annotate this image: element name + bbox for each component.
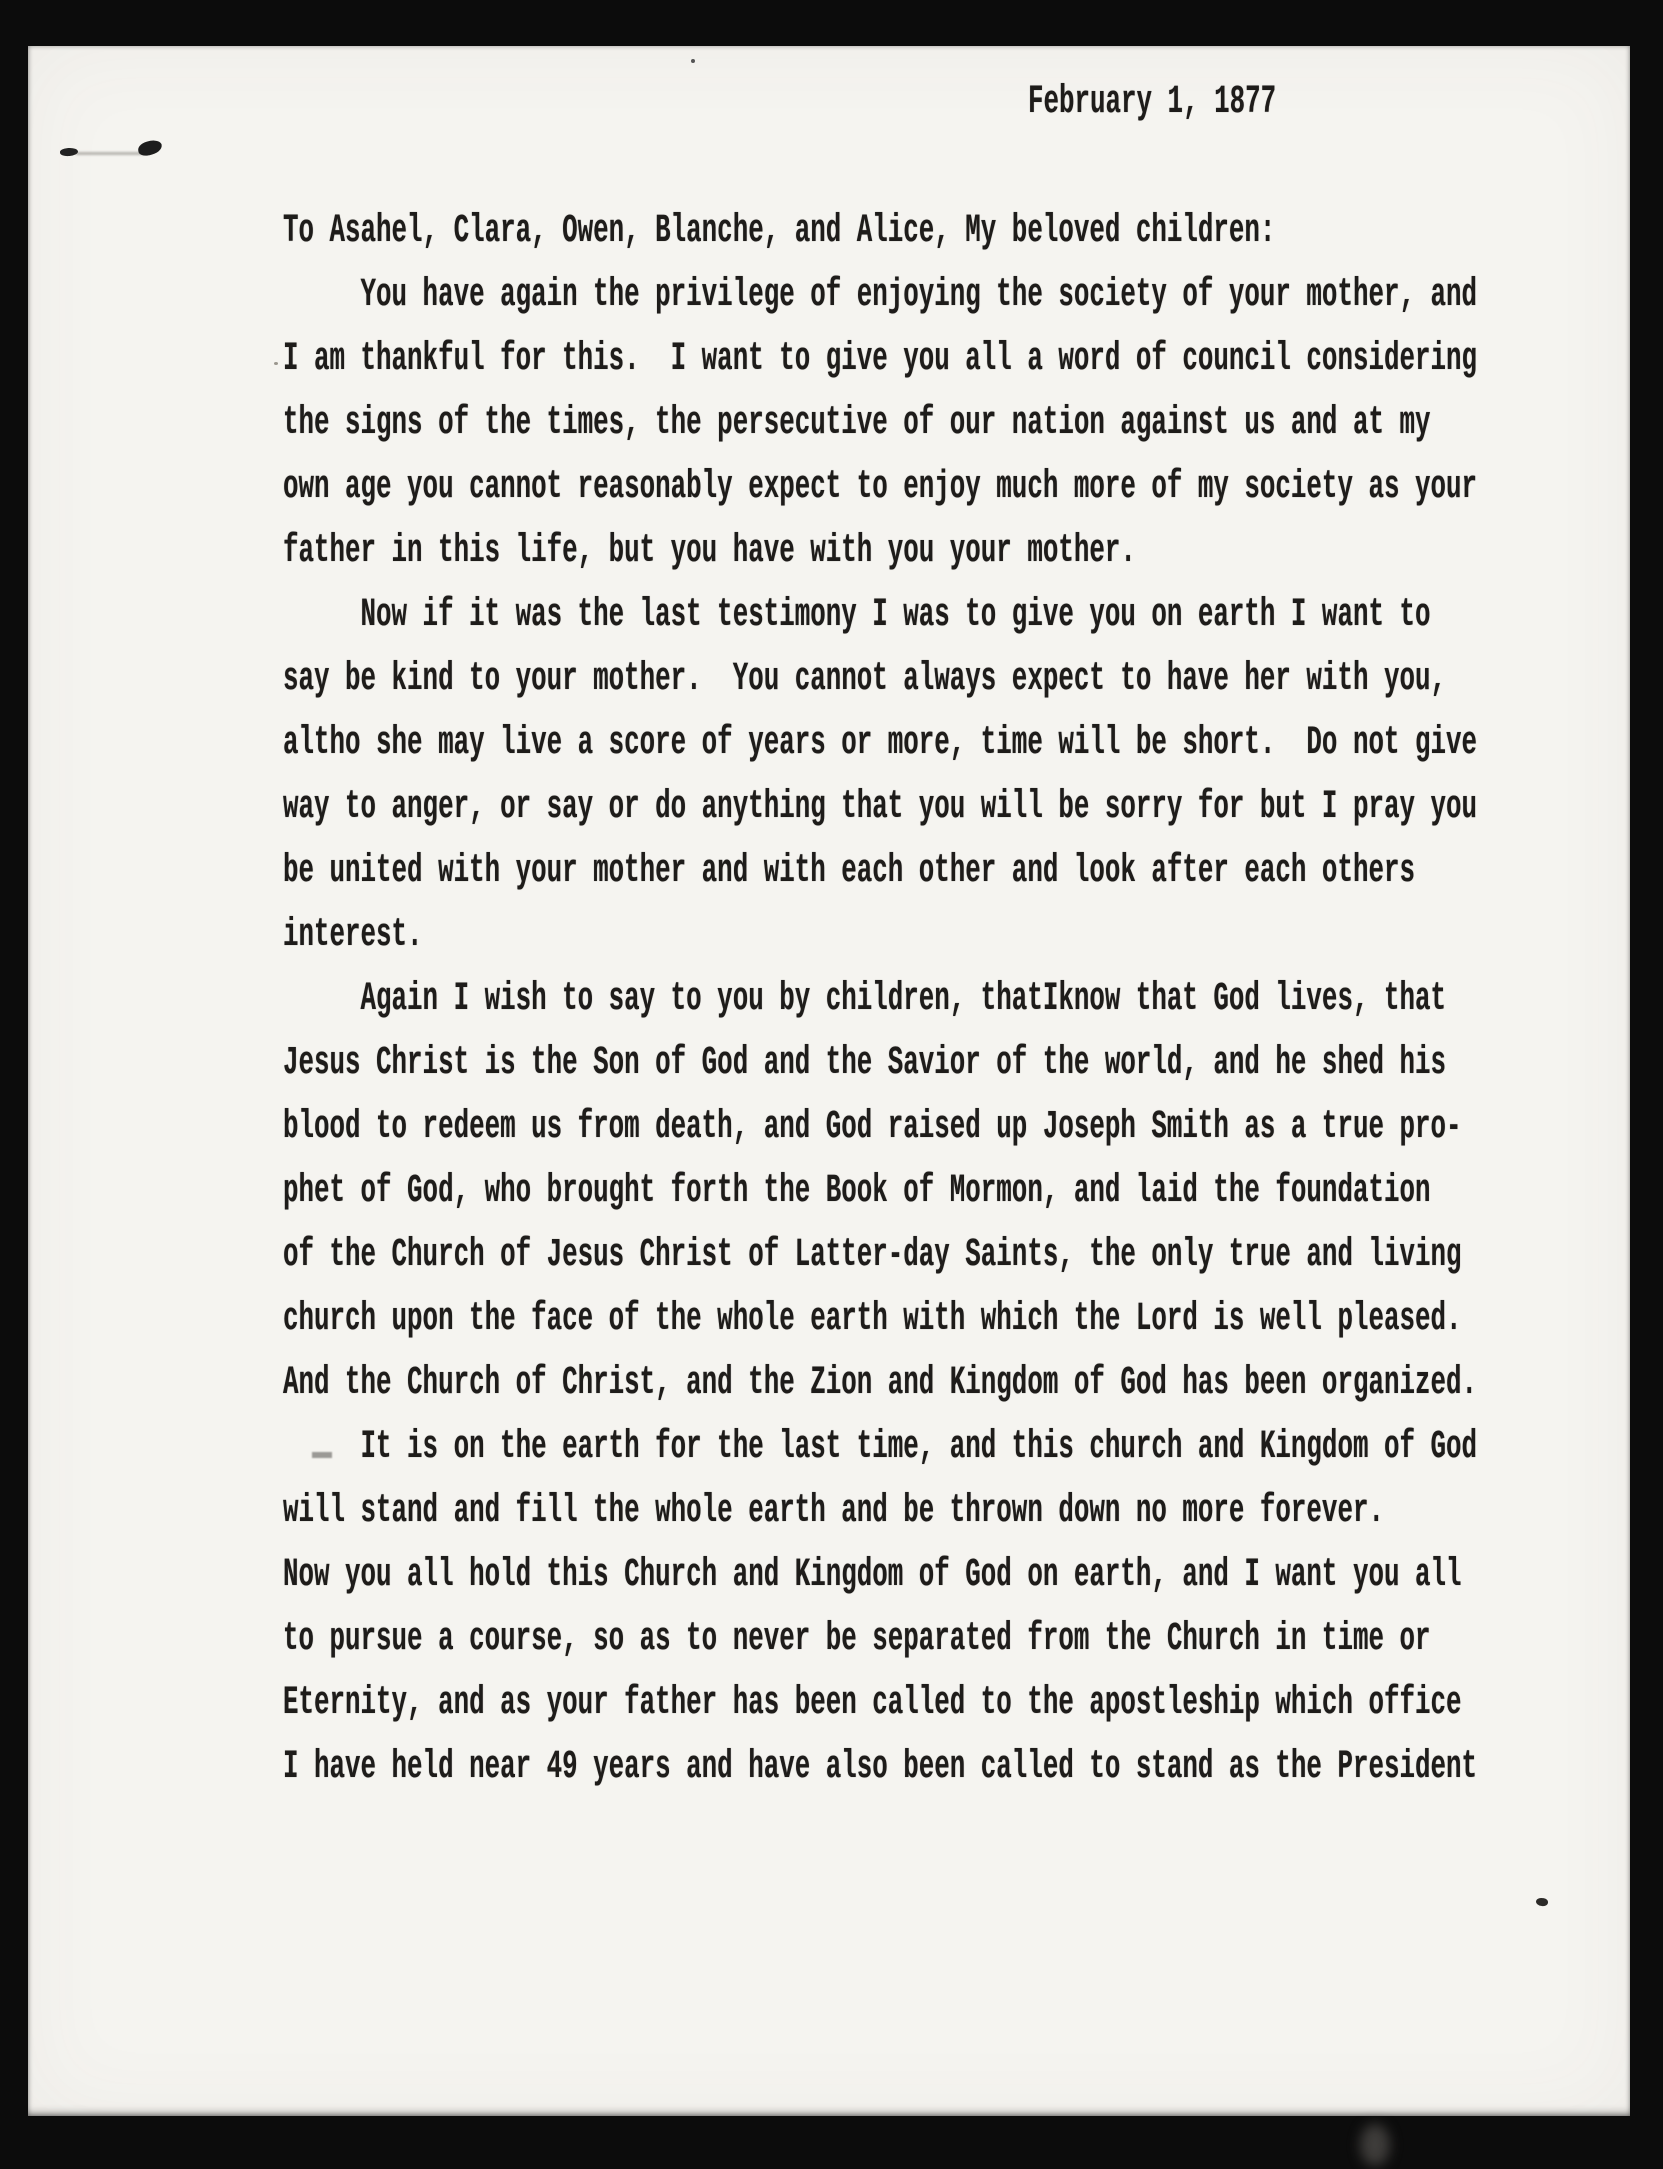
ink-dot [1536,1897,1549,1907]
letter-line: own age you cannot reasonably expect to … [283,456,1477,520]
letter-line: Now if it was the last testimony I was t… [283,584,1477,648]
letter-line: You have again the privilege of enjoying… [283,264,1477,328]
letter-line: the signs of the times, the persecutive … [283,392,1477,456]
letter-line: phet of God, who brought forth the Book … [283,1160,1477,1224]
letter-line: church upon the face of the whole earth … [283,1288,1477,1352]
letter-line: be united with your mother and with each… [283,840,1477,904]
pencil-smudge-right [137,139,163,157]
pencil-smudge-streak [76,152,144,155]
letter-line: I have held near 49 years and have also … [283,1736,1477,1800]
letter-line: Jesus Christ is the Son of God and the S… [283,1032,1477,1096]
letter-line: Eternity, and as your father has been ca… [283,1672,1477,1736]
letter-line: will stand and fill the whole earth and … [283,1480,1477,1544]
letter-line: of the Church of Jesus Christ of Latter-… [283,1224,1477,1288]
scan-background: February 1, 1877 To Asahel, Clara, Owen,… [0,0,1663,2169]
scan-smudge [1360,2124,1390,2166]
letter-line: to pursue a course, so as to never be se… [283,1608,1477,1672]
date-line: February 1, 1877 [1028,71,1276,135]
letter-line: altho she may live a score of years or m… [283,712,1477,776]
letter-page: February 1, 1877 To Asahel, Clara, Owen,… [28,46,1630,2116]
ink-speck [274,362,278,365]
letter-line: It is on the earth for the last time, an… [283,1416,1477,1480]
letter-line: interest. [283,904,1477,968]
ink-speck [691,59,695,63]
letter-line: say be kind to your mother. You cannot a… [283,648,1477,712]
letter-line: And the Church of Christ, and the Zion a… [283,1352,1477,1416]
letter-line: Again I wish to say to you by children, … [283,968,1477,1032]
letter-body: To Asahel, Clara, Owen, Blanche, and Ali… [283,200,1663,1800]
letter-line: way to anger, or say or do anything that… [283,776,1477,840]
letter-line: Now you all hold this Church and Kingdom… [283,1544,1477,1608]
letter-line: father in this life, but you have with y… [283,520,1477,584]
letter-line: I am thankful for this. I want to give y… [283,328,1477,392]
letter-line: To Asahel, Clara, Owen, Blanche, and Ali… [283,200,1477,264]
letter-line: blood to redeem us from death, and God r… [283,1096,1477,1160]
